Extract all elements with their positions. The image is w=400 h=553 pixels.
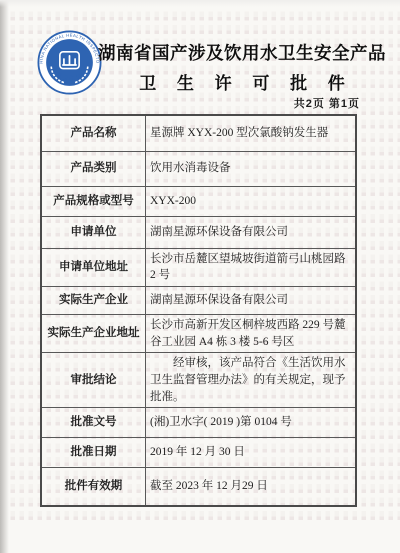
field-value: XYX-200 — [146, 186, 357, 216]
permit-document: CHINA NATIONAL HEALTH INSPECTOR 中国卫生监督 湖… — [0, 0, 400, 553]
field-label: 产品类别 — [41, 151, 146, 186]
page-indicator: 共2页 第1页 — [294, 95, 360, 111]
scan-edge-shadow — [0, 0, 9, 553]
field-label: 批准文号 — [41, 408, 146, 438]
field-value: 湖南星源环保设备有限公司 — [146, 286, 357, 314]
field-label: 批准日期 — [41, 438, 146, 468]
field-value: 截至 2023 年 12 月29 日 — [146, 468, 357, 506]
field-label: 申请单位地址 — [41, 248, 146, 286]
table-row: 产品名称 星源牌 XYX-200 型次氯酸钠发生器 — [41, 115, 356, 151]
field-value: 长沙市高新开发区桐梓坡西路 229 号麓谷工业园 A4 栋 3 楼 5-6 号区 — [146, 314, 357, 352]
scan-edge-top — [0, 0, 400, 7]
document-title-line1: 湖南省国产涉及饮用水卫生安全产品 — [98, 40, 386, 65]
table-row: 批准日期 2019 年 12 月 30 日 — [41, 438, 356, 468]
field-label: 实际生产企业地址 — [41, 314, 146, 352]
field-value: 长沙市岳麓区望城坡街道箭弓山桃园路 2 号 — [146, 248, 357, 286]
field-value: 饮用水消毒设备 — [146, 151, 357, 186]
field-label: 审批结论 — [41, 353, 146, 408]
health-inspection-logo-icon: CHINA NATIONAL HEALTH INSPECTOR 中国卫生监督 — [37, 30, 102, 95]
permit-fields-table: 产品名称 星源牌 XYX-200 型次氯酸钠发生器 产品类别 饮用水消毒设备 产… — [40, 114, 357, 507]
table-row: 产品类别 饮用水消毒设备 — [41, 151, 356, 186]
field-label: 实际生产企业 — [41, 286, 146, 314]
document-title: 湖南省国产涉及饮用水卫生安全产品 卫 生 许 可 批 件 — [98, 40, 386, 94]
table-row: 申请单位 湖南星源环保设备有限公司 — [41, 216, 356, 248]
table-row: 批准文号 (湘)卫水字( 2019 )第 0104 号 — [41, 408, 356, 438]
field-value: 湖南星源环保设备有限公司 — [146, 216, 357, 248]
document-title-line2: 卫 生 许 可 批 件 — [98, 69, 386, 94]
table-row: 产品规格或型号 XYX-200 — [41, 186, 356, 216]
table-row: 实际生产企业地址 长沙市高新开发区桐梓坡西路 229 号麓谷工业园 A4 栋 3… — [41, 314, 356, 352]
table-row: 申请单位地址 长沙市岳麓区望城坡街道箭弓山桃园路 2 号 — [41, 248, 356, 286]
field-value: 星源牌 XYX-200 型次氯酸钠发生器 — [146, 115, 357, 151]
field-value: 经审核，该产品符合《生活饮用水卫生监督管理办法》的有关规定，现予批准。 — [146, 353, 357, 408]
field-label: 申请单位 — [41, 216, 146, 248]
field-label: 批件有效期 — [41, 468, 146, 506]
table-row: 审批结论 经审核，该产品符合《生活饮用水卫生监督管理办法》的有关规定，现予批准。 — [41, 353, 356, 408]
field-label: 产品规格或型号 — [41, 186, 146, 216]
field-value: (湘)卫水字( 2019 )第 0104 号 — [146, 408, 357, 438]
table-row: 批件有效期 截至 2023 年 12 月29 日 — [41, 468, 356, 506]
field-value: 2019 年 12 月 30 日 — [146, 438, 357, 468]
table-row: 实际生产企业 湖南星源环保设备有限公司 — [41, 286, 356, 314]
field-label: 产品名称 — [41, 115, 146, 151]
